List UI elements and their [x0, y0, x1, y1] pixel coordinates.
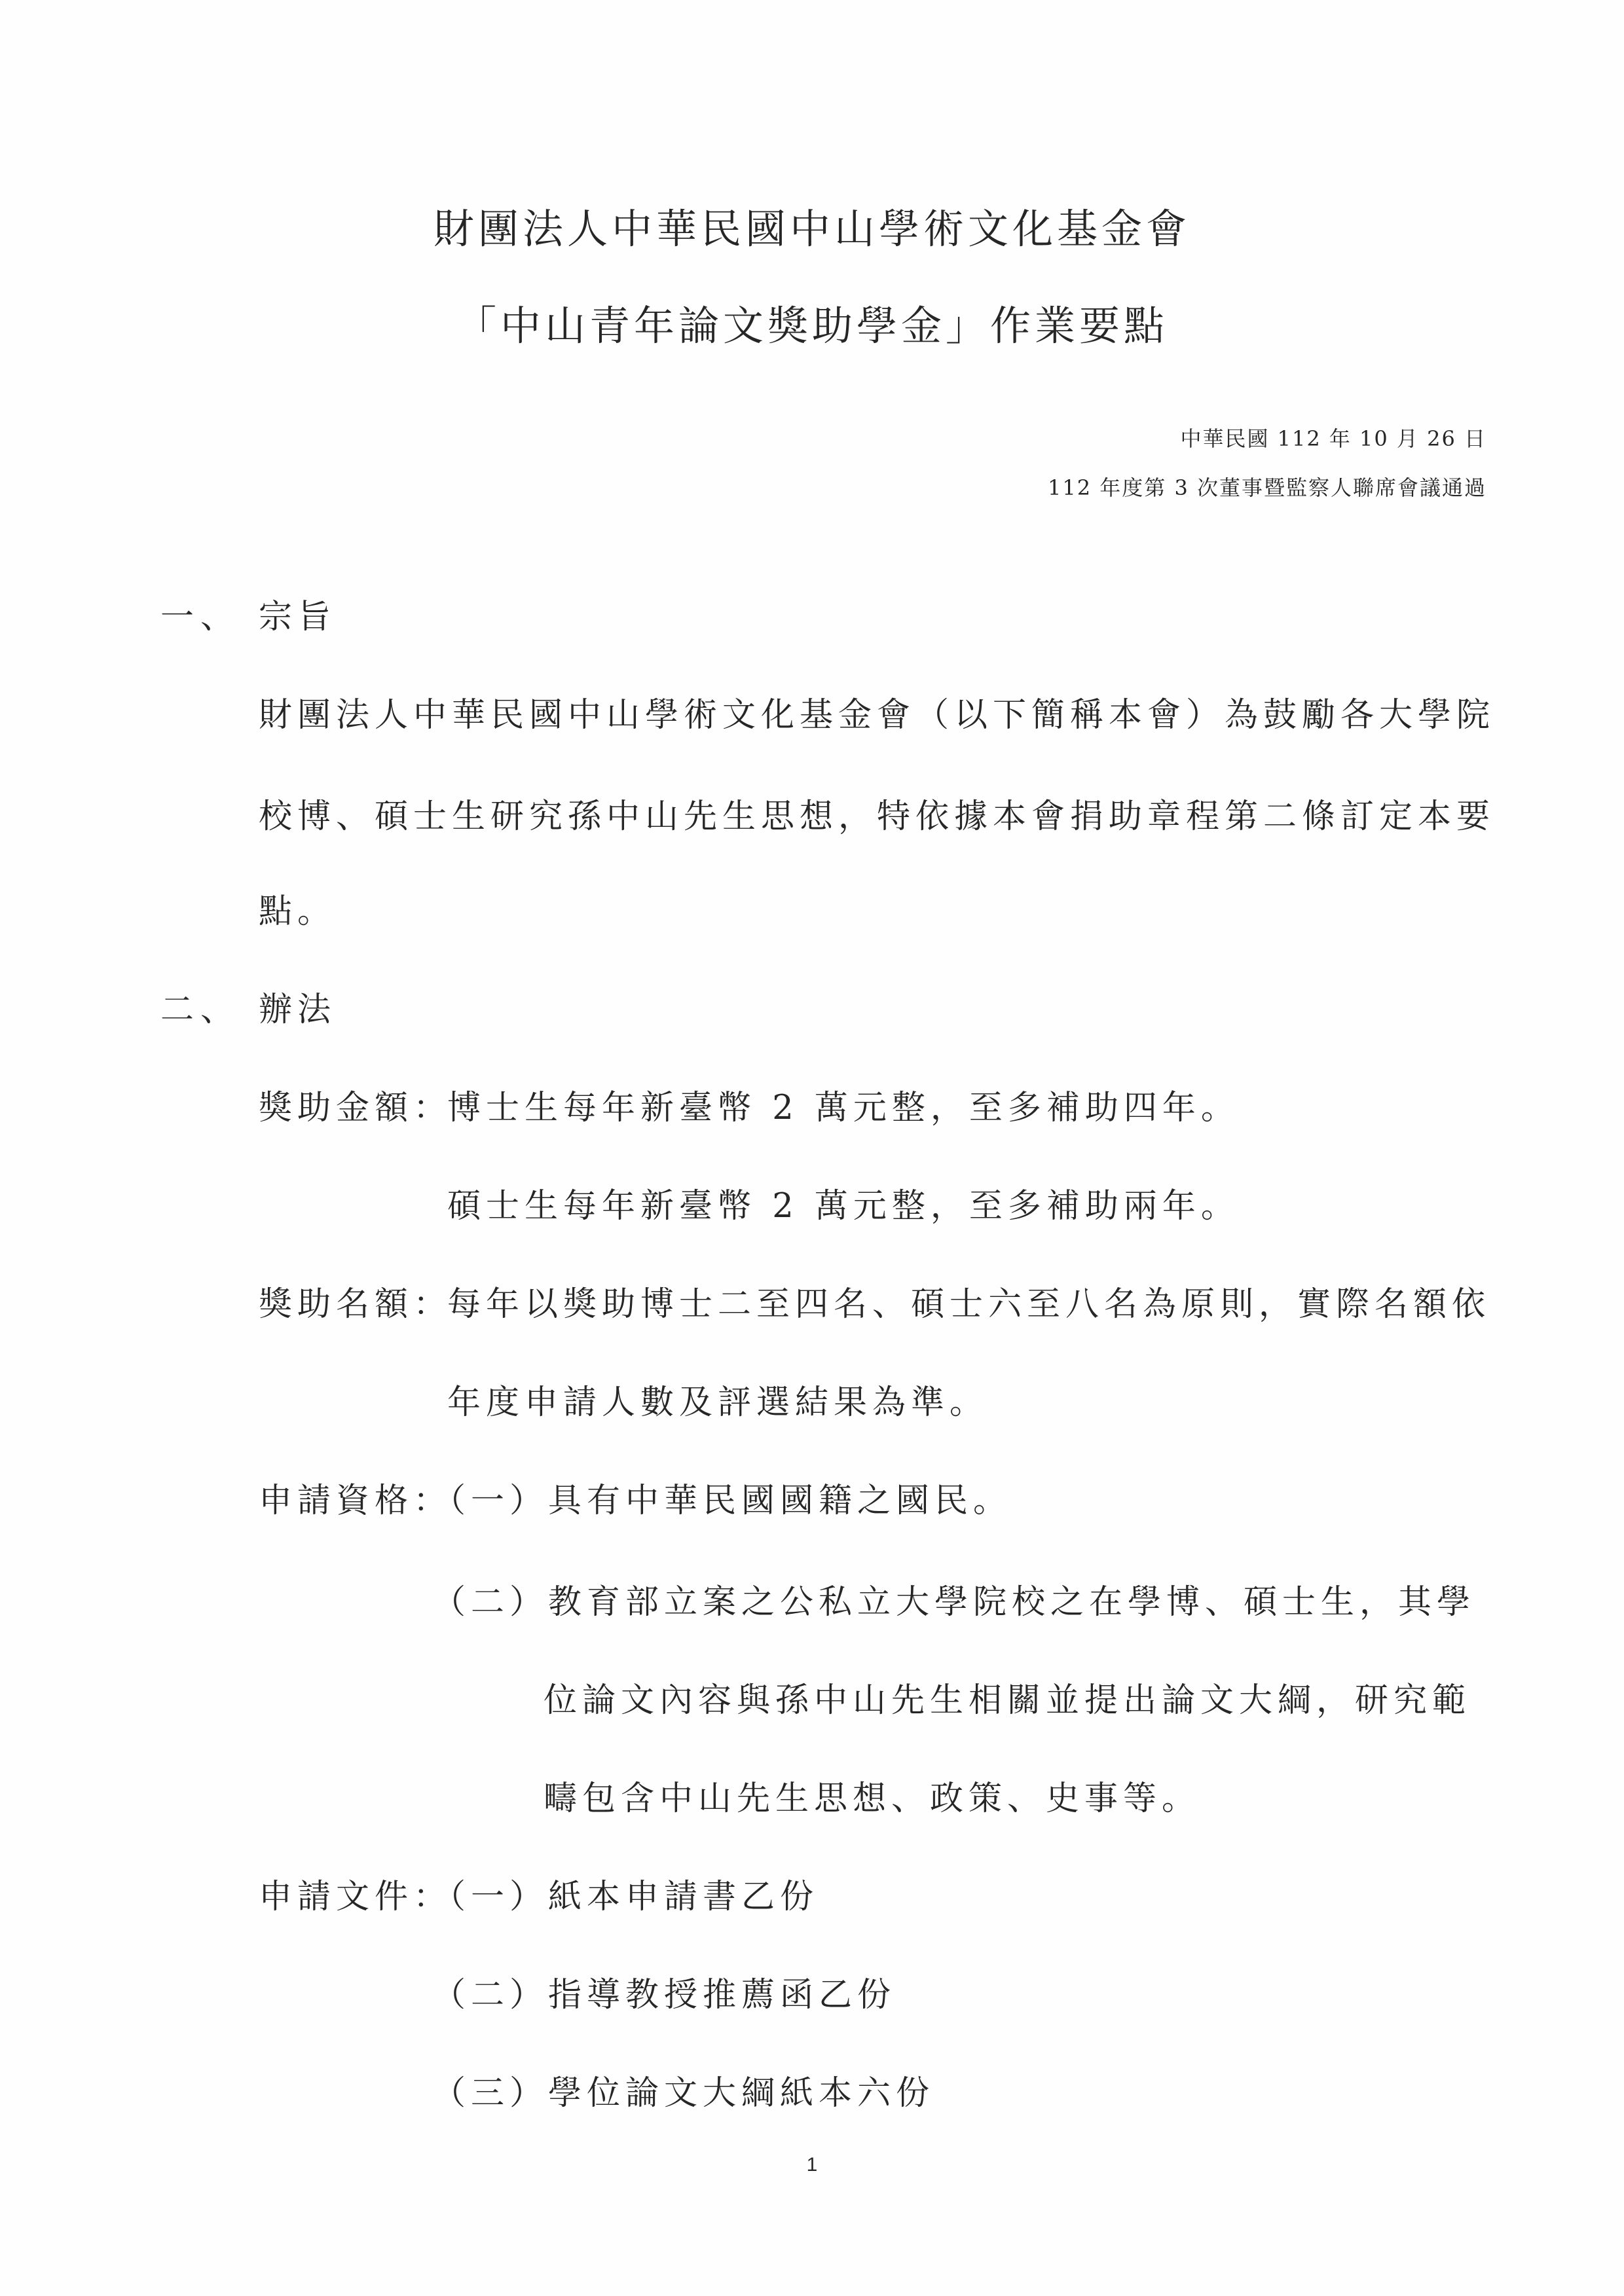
item-line: 位論文內容與孫中山先生相關並提出論文大綱，研究範: [544, 1673, 1471, 1721]
section-number: 二、: [160, 982, 240, 1030]
item-line: （二）指導教授推薦函乙份: [432, 1967, 896, 2016]
item-line: （一）具有中華民國國籍之國民。: [432, 1473, 1012, 1522]
item-label: 申請文件：: [259, 1869, 452, 1918]
approval-line: 112 年度第 3 次董事暨監察人聯席會議通過: [1048, 471, 1486, 501]
item-label: 獎助金額：: [259, 1080, 452, 1129]
section-heading: 宗旨: [259, 589, 336, 638]
paragraph-line: 校博、碩士生研究孫中山先生思想，特依據本會捐助章程第二條訂定本要: [259, 789, 1495, 837]
item-line: 每年以獎助博士二至四名、碩士六至八名為原則，實際名額依: [447, 1277, 1490, 1325]
document-page: 財團法人中華民國中山學術文化基金會 「中山青年論文獎助學金」作業要點 中華民國 …: [0, 0, 1624, 2296]
page-number: 1: [0, 2154, 1624, 2176]
document-title: 財團法人中華民國中山學術文化基金會: [0, 196, 1624, 255]
document-subtitle: 「中山青年論文獎助學金」作業要點: [0, 293, 1624, 352]
item-line: （一）紙本申請書乙份: [432, 1869, 819, 1918]
item-line: 碩士生每年新臺幣 2 萬元整，至多補助兩年。: [447, 1178, 1240, 1227]
item-line: 博士生每年新臺幣 2 萬元整，至多補助四年。: [447, 1080, 1240, 1129]
paragraph-line: 點。: [259, 884, 336, 932]
item-label: 獎助名額：: [259, 1277, 452, 1325]
item-label: 申請資格：: [259, 1473, 452, 1522]
item-line: 年度申請人數及評選結果為準。: [447, 1375, 988, 1423]
item-line: （二）教育部立案之公私立大學院校之在學博、碩士生，其學: [432, 1575, 1475, 1623]
paragraph-line: 財團法人中華民國中山學術文化基金會（以下簡稱本會）為鼓勵各大學院: [259, 687, 1495, 736]
date-line: 中華民國 112 年 10 月 26 日: [1180, 422, 1486, 452]
section-number: 一、: [160, 589, 240, 638]
item-line: 疇包含中山先生思想、政策、史事等。: [544, 1771, 1200, 1819]
section-heading: 辦法: [259, 982, 336, 1030]
item-line: （三）學位論文大綱紙本六份: [432, 2066, 934, 2114]
